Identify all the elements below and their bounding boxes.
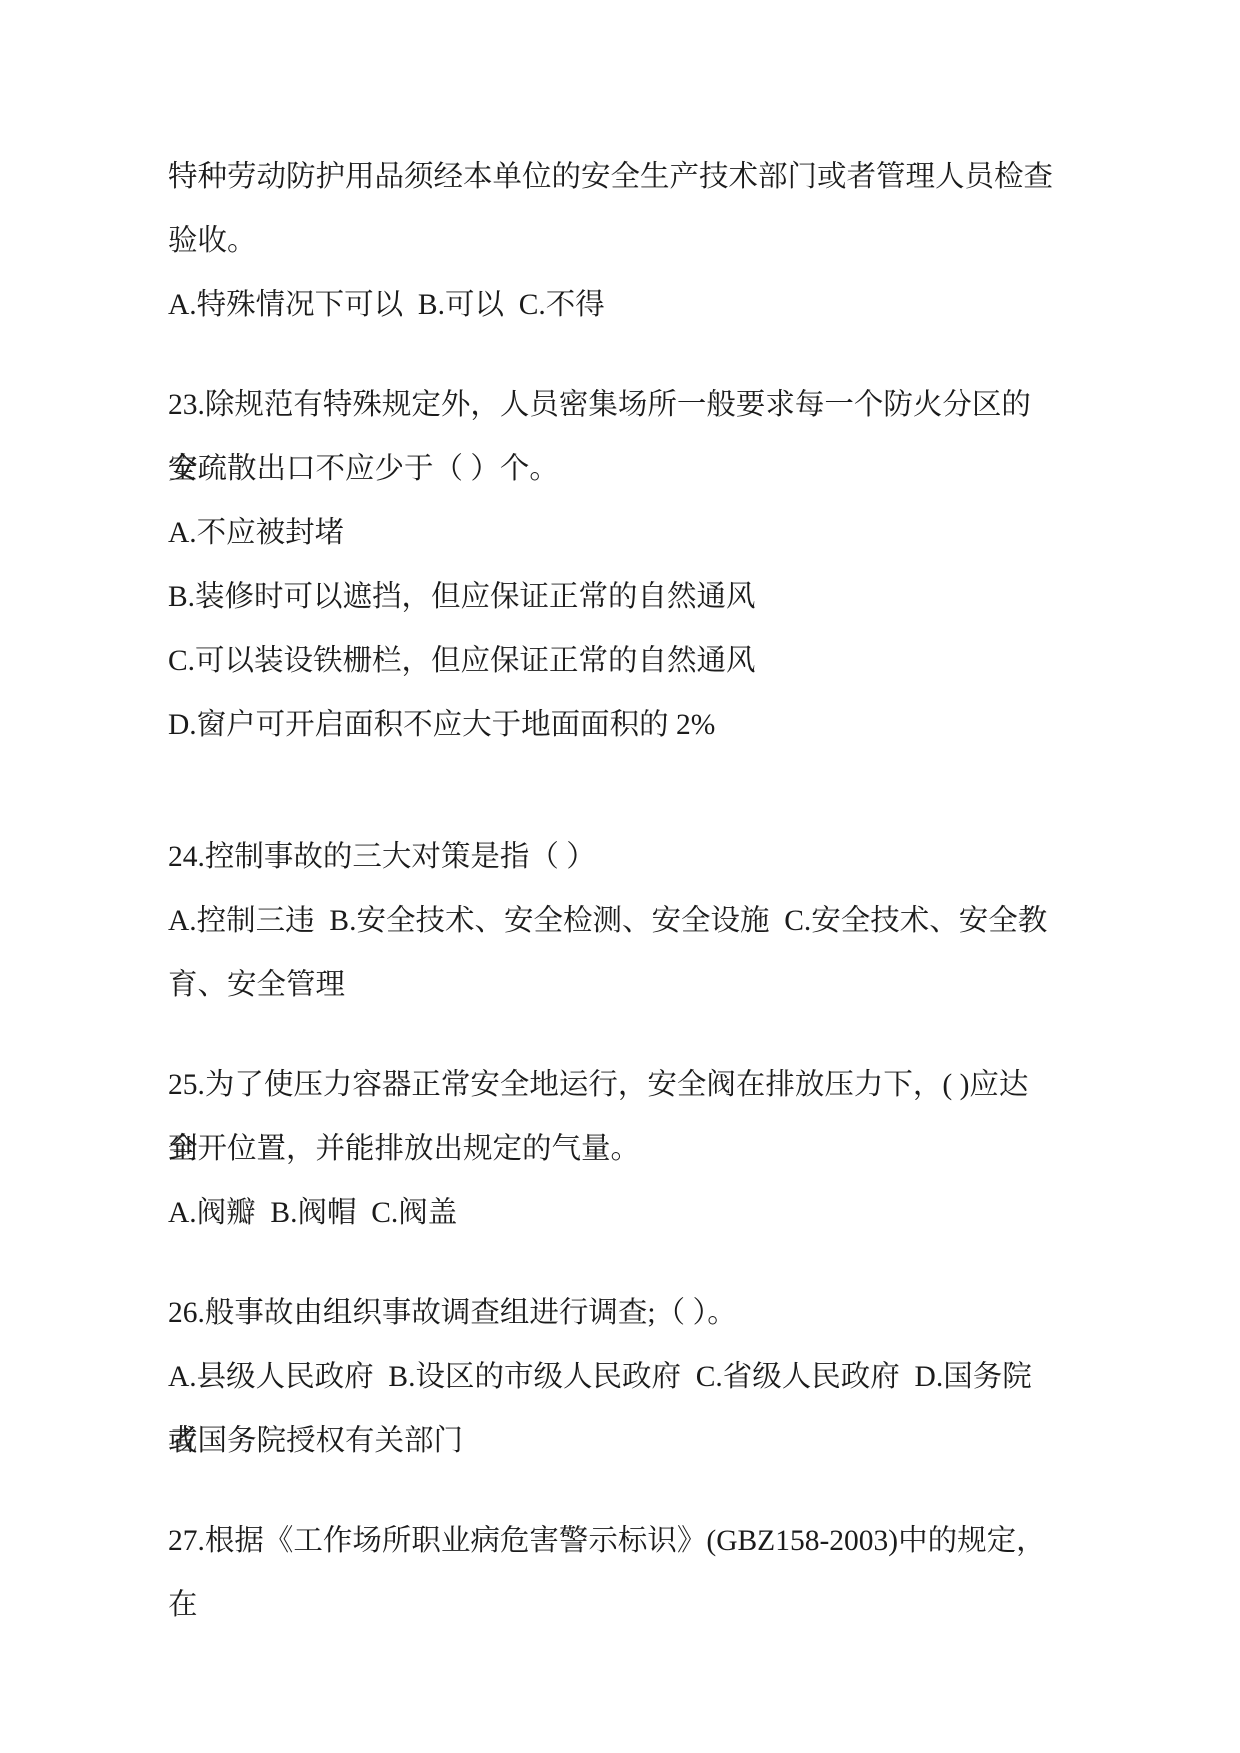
question-text-line: 全疏散出口不应少于（ ）个。: [168, 437, 1055, 501]
question-block-26: 26.般事故由组织事故调查组进行调查;（ ）。 A.县级人民政府 B.设区的市级…: [168, 1281, 1055, 1473]
question-text-line: 27.根据《工作场所职业病危害警示标识》(GBZ158-2003)中的规定，在: [168, 1509, 1055, 1573]
question-text-line: 全开位置，并能排放出规定的气量。: [168, 1117, 1055, 1181]
question-text-line: 验收。: [168, 209, 1055, 273]
answer-options-line: A.县级人民政府 B.设区的市级人民政府 C.省级人民政府 D.国务院或: [168, 1345, 1055, 1409]
question-text-line: 26.般事故由组织事故调查组进行调查;（ ）。: [168, 1281, 1055, 1345]
answer-options-line: 者国务院授权有关部门: [168, 1409, 1055, 1473]
exam-page: 特种劳动防护用品须经本单位的安全生产技术部门或者管理人员检查 验收。 A.特殊情…: [0, 0, 1240, 1753]
question-text-line: 23.除规范有特殊规定外，人员密集场所一般要求每一个防火分区的安: [168, 373, 1055, 437]
question-block-25: 25.为了使压力容器正常安全地运行，安全阀在排放压力下，( )应达到 全开位置，…: [168, 1053, 1055, 1245]
question-text-line: 24.控制事故的三大对策是指（ ）: [168, 825, 1055, 889]
question-block-22-continuation: 特种劳动防护用品须经本单位的安全生产技术部门或者管理人员检查 验收。 A.特殊情…: [168, 145, 1055, 337]
answer-option-c: C.可以装设铁栅栏，但应保证正常的自然通风: [168, 629, 1055, 693]
answer-options-line: A.控制三违 B.安全技术、安全检测、安全设施 C.安全技术、安全教: [168, 889, 1055, 953]
question-block-23: 23.除规范有特殊规定外，人员密集场所一般要求每一个防火分区的安 全疏散出口不应…: [168, 373, 1055, 757]
answer-options-line: A.阀瓣 B.阀帽 C.阀盖: [168, 1181, 1055, 1245]
answer-option-d: D.窗户可开启面积不应大于地面面积的 2%: [168, 693, 1055, 757]
answer-option-a: A.不应被封堵: [168, 501, 1055, 565]
question-block-24: 24.控制事故的三大对策是指（ ） A.控制三违 B.安全技术、安全检测、安全设…: [168, 825, 1055, 1017]
answer-option-b: B.装修时可以遮挡，但应保证正常的自然通风: [168, 565, 1055, 629]
answer-options-line: A.特殊情况下可以 B.可以 C.不得: [168, 273, 1055, 337]
question-block-27: 27.根据《工作场所职业病危害警示标识》(GBZ158-2003)中的规定，在: [168, 1509, 1055, 1573]
answer-options-line: 育、安全管理: [168, 953, 1055, 1017]
question-text-line: 25.为了使压力容器正常安全地运行，安全阀在排放压力下，( )应达到: [168, 1053, 1055, 1117]
question-text-line: 特种劳动防护用品须经本单位的安全生产技术部门或者管理人员检查: [168, 145, 1055, 209]
